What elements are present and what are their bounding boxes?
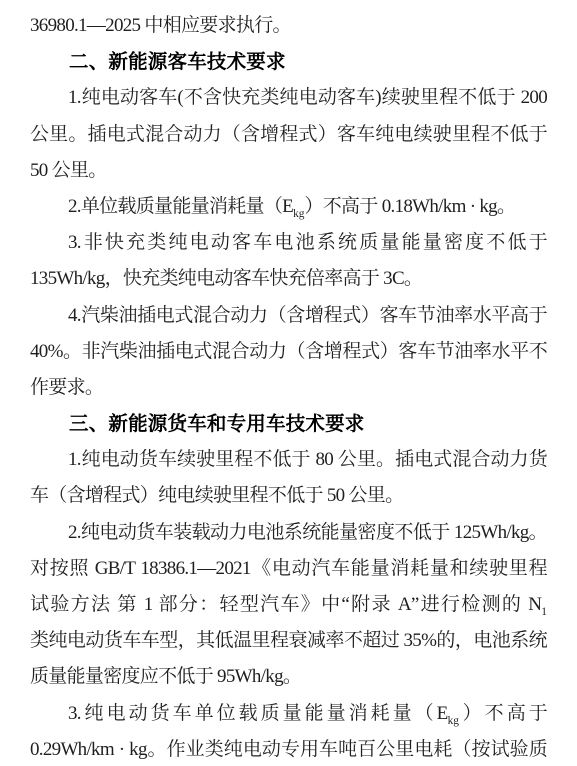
text-line: 2.单位载质量能量消耗量（Ekg）不高于 0.18Wh/km · kg。: [30, 189, 547, 225]
text-line: 公里。插电式混合动力（含增程式）客车纯电续驶里程不低于: [30, 117, 547, 153]
text-line: 135Wh/kg，快充类纯电动客车快充倍率高于 3C。: [30, 261, 547, 297]
text-line: 50 公里。: [30, 153, 547, 189]
text-line: 质量能量密度应不低于 95Wh/kg。: [30, 659, 547, 695]
text-line: 3.非快充类纯电动客车电池系统质量能量密度不低于: [30, 225, 547, 261]
text-line: 3.纯电动货车单位载质量能量消耗量（Ekg）不高于: [30, 696, 547, 732]
text-line: 40%。非汽柴油插电式混合动力（含增程式）客车节油率水平不: [30, 334, 547, 370]
text-line: 2.纯电动货车装载动力电池系统能量密度不低于 125Wh/kg。: [30, 515, 547, 551]
text-line: 36980.1—2025 中相应要求执行。: [30, 8, 547, 44]
text-line: 类纯电动货车车型，其低温里程衰减率不超过 35%的，电池系统: [30, 623, 547, 659]
section-heading: 二、新能源客车技术要求: [30, 44, 547, 80]
text-line: 对按照 GB/T 18386.1—2021《电动汽车能量消耗量和续驶里程: [30, 551, 547, 587]
text-line: 0.29Wh/km · kg。作业类纯电动专用车吨百公里电耗（按试验质: [30, 732, 547, 766]
text-line: 1.纯电动客车(不含快充类纯电动客车)续驶里程不低于 200: [30, 80, 547, 116]
document-page: 36980.1—2025 中相应要求执行。 二、新能源客车技术要求 1.纯电动客…: [0, 0, 577, 766]
text-line: 1.纯电动货车续驶里程不低于 80 公里。插电式混合动力货: [30, 442, 547, 478]
section-heading: 三、新能源货车和专用车技术要求: [30, 406, 547, 442]
text-line: 4.汽柴油插电式混合动力（含增程式）客车节油率水平高于: [30, 298, 547, 334]
text-line: 试验方法 第 1 部分：轻型汽车》中“附录 A”进行检测的 N1: [30, 587, 547, 623]
text-line: 车（含增程式）纯电续驶里程不低于 50 公里。: [30, 478, 547, 514]
text-line: 作要求。: [30, 370, 547, 406]
